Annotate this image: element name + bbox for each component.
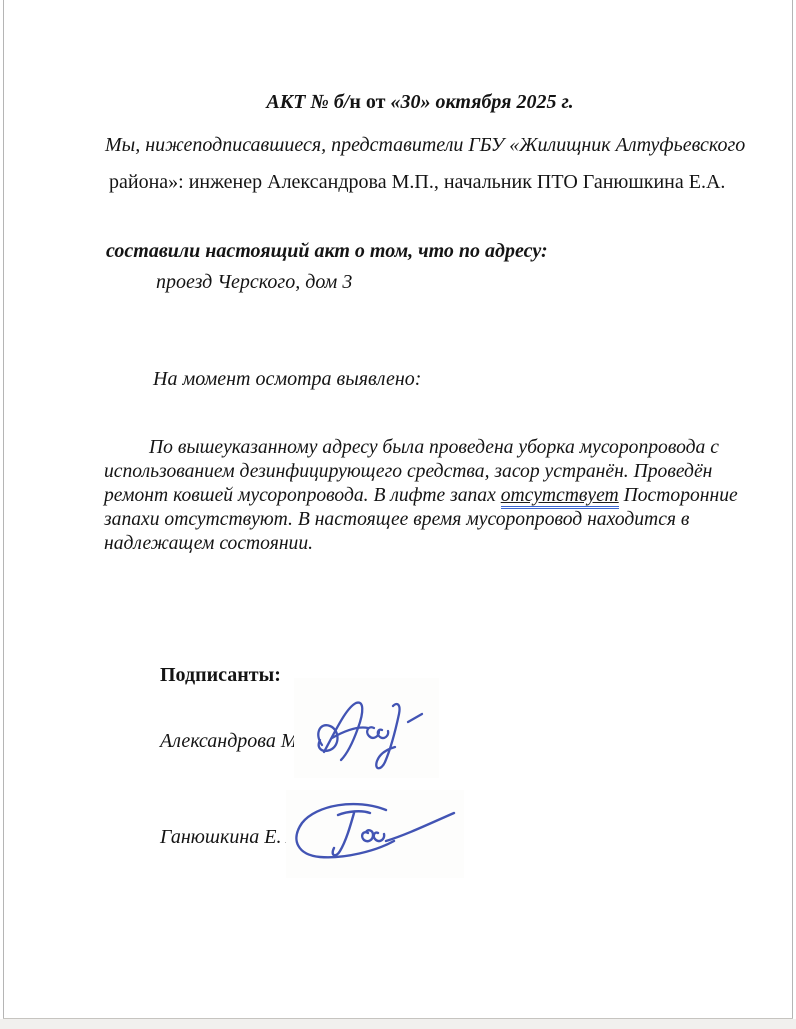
findings-line: надлежащем состоянии. (104, 532, 738, 556)
address-line: проезд Черского, дом 3 (156, 271, 352, 294)
page-bottom-border (3, 1018, 793, 1019)
inspection-heading: На момент осмотра выявлено: (153, 368, 421, 391)
title-act-number: АКТ № б/ (266, 91, 349, 113)
findings-line-3-after: Посторонние (619, 485, 738, 506)
intro-line-2: района»: инженер Александрова М.П., нача… (109, 171, 725, 194)
page-right-border (792, 0, 793, 1019)
underlined-word: отсутствует (501, 485, 619, 509)
document-viewer: АКТ № б/н от «30» октября 2025 г. Мы, ни… (0, 0, 796, 1029)
page-left-border (3, 0, 4, 1019)
signature-image-alexandrova (294, 678, 439, 778)
findings-line: По вышеуказанному адресу была проведена … (104, 436, 738, 460)
title-date: «30» октября 2025 г. (390, 91, 573, 113)
findings-line: запахи отсутствуют. В настоящее время му… (104, 508, 738, 532)
signature-scribble-icon (286, 790, 464, 878)
signature-image-ganyushkina (286, 790, 464, 878)
document-page: АКТ № б/н от «30» октября 2025 г. Мы, ни… (0, 0, 796, 1019)
findings-line: использованием дезинфицирующего средства… (104, 460, 738, 484)
statement-line: составили настоящий акт о том, что по ад… (106, 240, 548, 263)
intro-line-1: Мы, нижеподписавшиеся, представители ГБУ… (105, 134, 745, 157)
title-upright-part: н от (349, 91, 390, 113)
findings-line-3-before: ремонт ковшей мусоропровода. В лифте зап… (104, 485, 501, 506)
signer-name-ganyushkina: Ганюшкина Е. А. (160, 826, 304, 849)
signers-heading: Подписанты: (160, 664, 281, 687)
document-title: АКТ № б/н от «30» октября 2025 г. (140, 91, 700, 114)
findings-line: ремонт ковшей мусоропровода. В лифте зап… (104, 484, 738, 508)
findings-paragraph: По вышеуказанному адресу была проведена … (104, 436, 738, 556)
signature-scribble-icon (294, 678, 439, 778)
